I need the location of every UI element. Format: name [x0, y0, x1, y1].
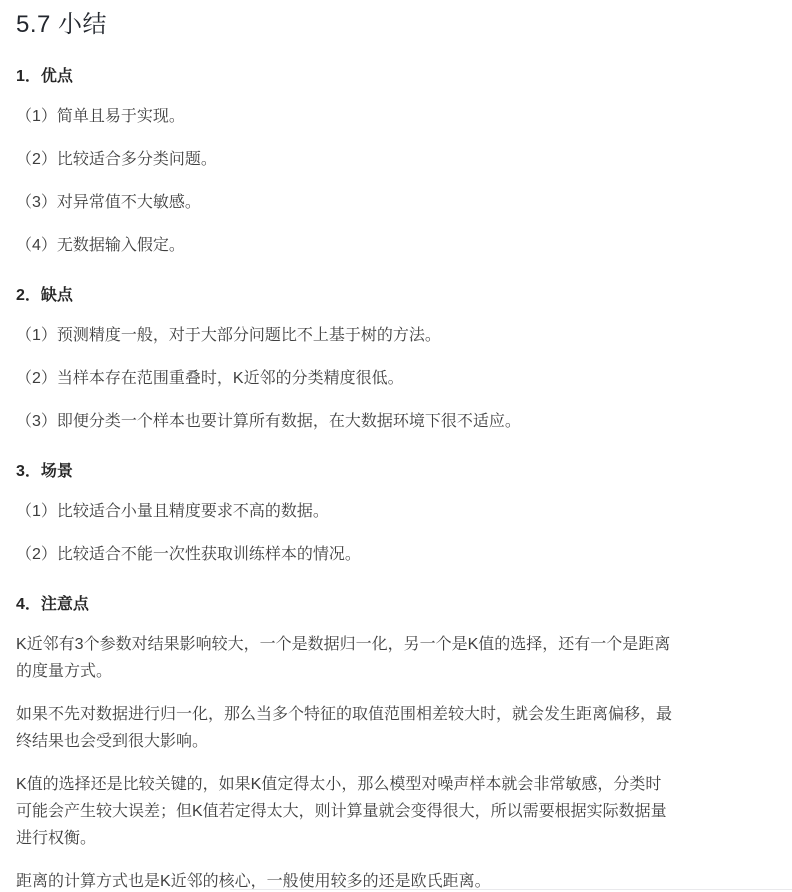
article-page: 5.7 小结 1．优点 （1）简单且易于实现。 （2）比较适合多分类问题。 （3… [0, 0, 792, 892]
article-content: 5.7 小结 1．优点 （1）简单且易于实现。 （2）比较适合多分类问题。 （3… [16, 10, 676, 892]
section-scenarios: 3．场景 （1）比较适合小量且精度要求不高的数据。 （2）比较适合不能一次性获取… [16, 461, 676, 568]
list-item: （2）比较适合不能一次性获取训练样本的情况。 [16, 541, 676, 568]
page-title: 5.7 小结 [16, 10, 676, 40]
list-item: （3）即便分类一个样本也要计算所有数据，在大数据环境下很不适应。 [16, 408, 676, 435]
section-heading-disadvantages: 2．缺点 [16, 285, 676, 307]
section-heading-advantages: 1．优点 [16, 66, 676, 88]
list-item: （1）预测精度一般，对于大部分问题比不上基于树的方法。 [16, 322, 676, 349]
body-paragraph: 如果不先对数据进行归一化，那么当多个特征的取值范围相差较大时，就会发生距离偏移，… [16, 701, 676, 755]
bottom-divider [230, 889, 792, 890]
section-heading-scenarios: 3．场景 [16, 461, 676, 483]
list-item: （1）比较适合小量且精度要求不高的数据。 [16, 498, 676, 525]
section-heading-notes: 4．注意点 [16, 594, 676, 616]
body-paragraph: K值的选择还是比较关键的，如果K值定得太小，那么模型对噪声样本就会非常敏感，分类… [16, 771, 676, 852]
list-item: （2）比较适合多分类问题。 [16, 146, 676, 173]
list-item: （3）对异常值不大敏感。 [16, 189, 676, 216]
body-paragraph: K近邻有3个参数对结果影响较大，一个是数据归一化，另一个是K值的选择，还有一个是… [16, 631, 676, 685]
list-item: （1）简单且易于实现。 [16, 103, 676, 130]
section-advantages: 1．优点 （1）简单且易于实现。 （2）比较适合多分类问题。 （3）对异常值不大… [16, 66, 676, 259]
list-item: （2）当样本存在范围重叠时，K近邻的分类精度很低。 [16, 365, 676, 392]
list-item: （4）无数据输入假定。 [16, 232, 676, 259]
section-notes: 4．注意点 K近邻有3个参数对结果影响较大，一个是数据归一化，另一个是K值的选择… [16, 594, 676, 892]
section-disadvantages: 2．缺点 （1）预测精度一般，对于大部分问题比不上基于树的方法。 （2）当样本存… [16, 285, 676, 435]
